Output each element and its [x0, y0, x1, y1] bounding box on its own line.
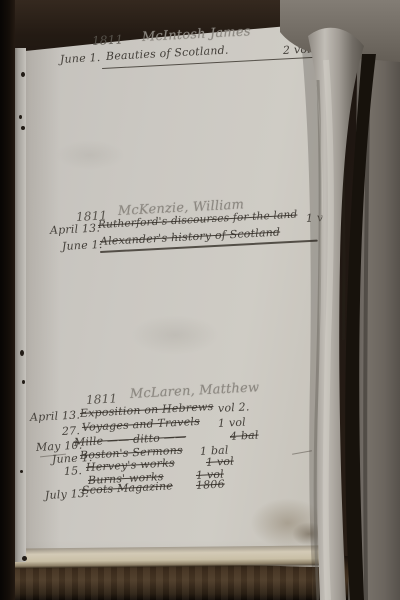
entry-date: June 1. [62, 238, 103, 253]
ink-blot [22, 556, 27, 561]
page-stain [55, 140, 125, 170]
entry-quantity: 4 bal [230, 429, 259, 443]
page-stain [130, 315, 220, 355]
entry-quantity: vol 2. [218, 400, 250, 415]
section-year: 1811 [92, 32, 124, 48]
entry-quantity: 1806 [196, 478, 225, 492]
ink-blot [22, 380, 25, 384]
entry-date: June 1. [60, 51, 101, 66]
ink-blot [20, 470, 23, 473]
page-stack-edge [12, 545, 324, 568]
ink-blot [21, 72, 25, 77]
entry-date: April 13. [50, 221, 101, 237]
entry-date: April 13. [30, 408, 81, 424]
entry-quantity: 1 vol [218, 416, 247, 430]
ink-blot [19, 115, 22, 119]
ink-blot [20, 350, 24, 356]
silk-ribbon [280, 0, 400, 600]
entry-date: 15. [64, 464, 83, 478]
ink-blot [21, 126, 25, 130]
photo-of-ledger-page: 1811 McIntosh James June 1. Beauties of … [0, 0, 400, 600]
book-gutter [0, 0, 15, 600]
